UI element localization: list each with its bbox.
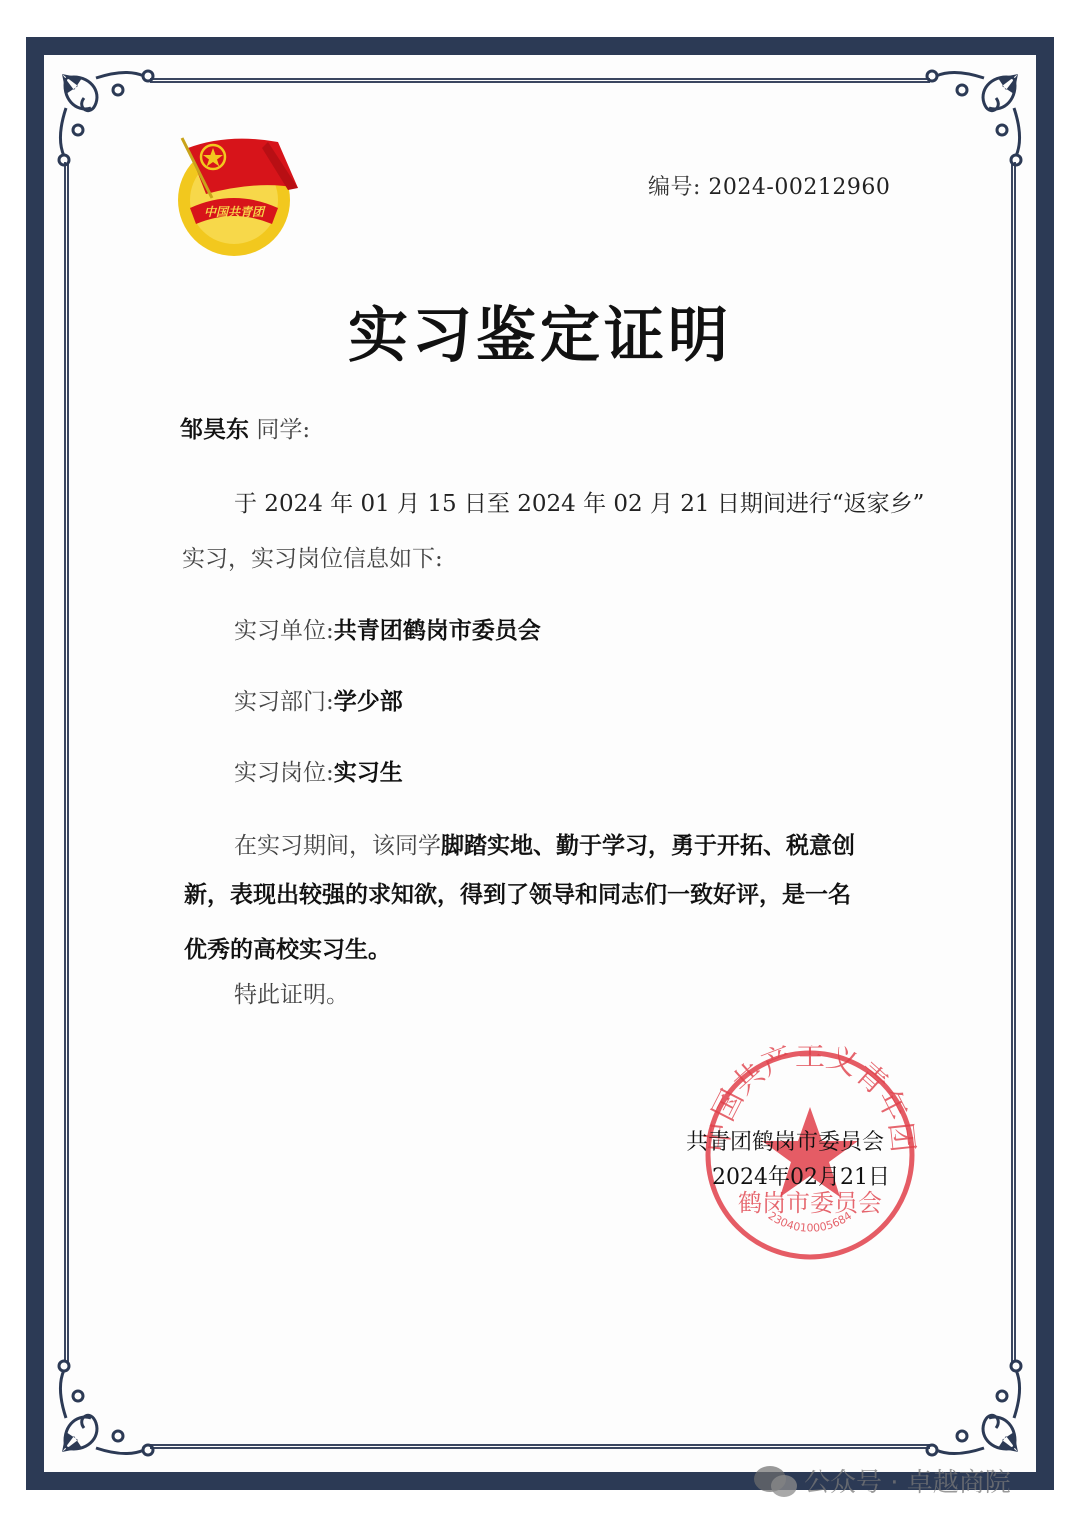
field-value: 实习生	[334, 759, 403, 786]
signature-date: 2024年02月21日	[712, 1160, 890, 1191]
recipient-line: 邹昊东 同学:	[180, 411, 310, 444]
corner-ornament-icon	[924, 68, 1024, 168]
field-department: 实习部门:学少部	[234, 683, 403, 716]
recipient-suffix: 同学:	[256, 417, 310, 443]
border-line-top	[150, 78, 930, 83]
corner-ornament-icon	[56, 68, 156, 168]
border-line-bottom	[150, 1444, 930, 1449]
serial-number: 编号: 2024-00212960	[648, 170, 890, 201]
field-value: 共青团鹤岗市委员会	[334, 617, 541, 644]
evaluation-prefix: 在实习期间，该同学	[234, 833, 441, 859]
serial-value: 2024-00212960	[708, 175, 890, 200]
serial-label: 编号:	[648, 175, 701, 200]
field-value: 学少部	[334, 688, 403, 715]
page-title: 实习鉴定证明	[0, 288, 1080, 374]
corner-ornament-icon	[924, 1358, 1024, 1458]
evaluation-line-2: 新，表现出较强的求知欲，得到了领导和同志们一致好评，是一名	[184, 876, 851, 909]
evaluation-bold: 脚踏实地、勤于学习，勇于开拓、税意创	[441, 832, 855, 859]
signature-organization: 共青团鹤岗市委员会	[686, 1125, 884, 1156]
intro-line-1: 于 2024 年 01 月 15 日至 2024 年 02 月 21 日期间进行…	[234, 485, 924, 518]
emblem-banner-text: 中国共青团	[204, 205, 266, 219]
evaluation-line-1: 在实习期间，该同学脚踏实地、勤于学习，勇于开拓、税意创	[234, 827, 855, 860]
corner-ornament-icon	[56, 1358, 156, 1458]
field-label: 实习岗位:	[234, 760, 334, 786]
field-position: 实习岗位:实习生	[234, 754, 403, 787]
evaluation-line-3: 优秀的高校实习生。	[184, 931, 391, 964]
closing-text: 特此证明。	[234, 976, 349, 1009]
seal-center-text: 鹤岗市委员会	[738, 1189, 882, 1217]
intro-line-2: 实习，实习岗位信息如下:	[182, 540, 443, 573]
wechat-icon	[752, 1464, 800, 1500]
field-unit: 实习单位:共青团鹤岗市委员会	[234, 612, 541, 645]
youth-league-emblem-icon: 中国共青团	[168, 128, 303, 263]
recipient-name: 邹昊东	[180, 416, 249, 443]
field-label: 实习部门:	[234, 689, 334, 715]
field-label: 实习单位:	[234, 618, 334, 644]
watermark-text: 公众号 · 卓越商院	[804, 1462, 1011, 1499]
